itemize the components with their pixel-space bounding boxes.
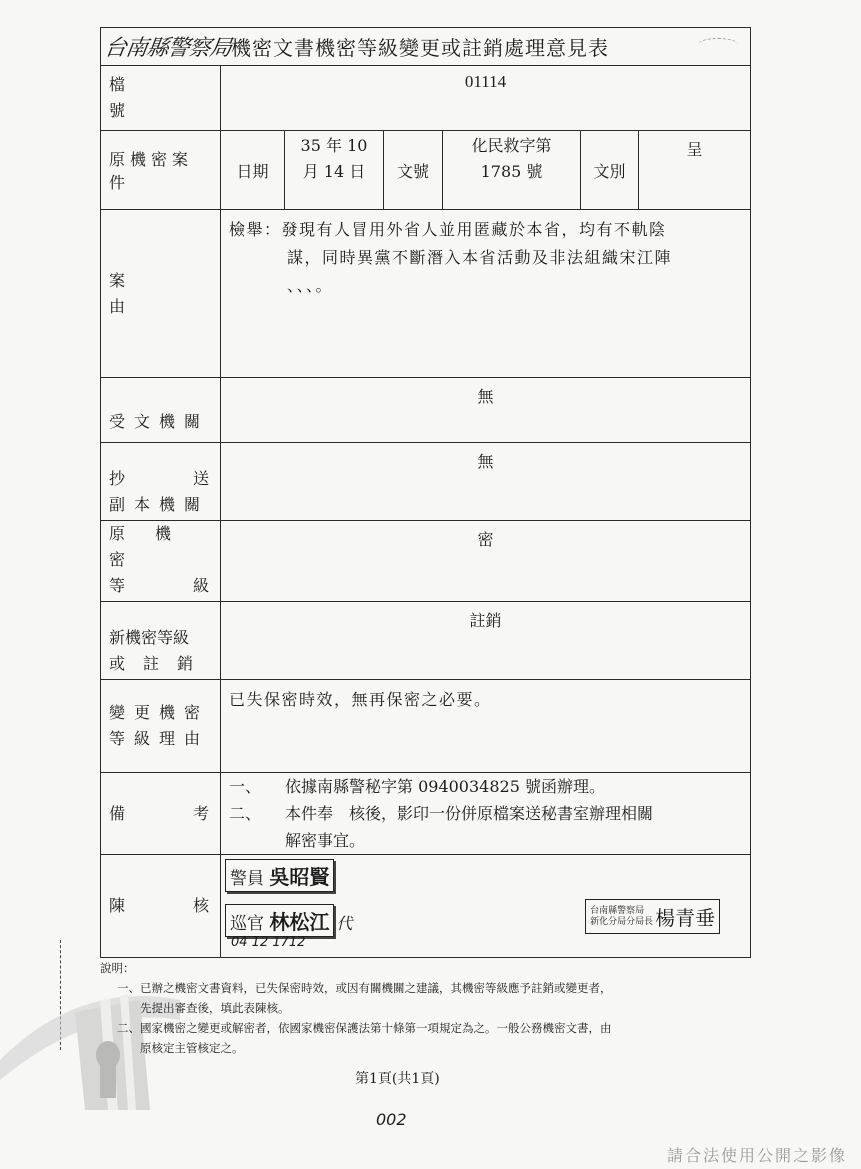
- original-case-label: 原機密案件: [101, 131, 221, 210]
- cc-value: 無: [221, 443, 751, 521]
- cc-label-b: 送: [193, 466, 212, 492]
- doc-number-line1: 化民救字第: [443, 133, 580, 159]
- proxy-note: 代: [336, 914, 352, 933]
- explanation-heading: 說明：: [100, 958, 760, 978]
- remark-item: 二、本件奉 核後，影印一份併原檔案送秘書室辦理相關: [229, 800, 742, 827]
- remarks-label-a: 備: [109, 801, 128, 827]
- date-value-line2: 月 14 日: [285, 159, 383, 185]
- doc-number-label: 文號: [384, 131, 443, 210]
- cc-label-line2: 副本機關: [109, 492, 212, 518]
- remark-item: 一、依據南縣警秘字第 0940034825 號函辦理。: [229, 773, 742, 800]
- cc-label-a: 抄: [109, 466, 128, 492]
- recipient-value: 無: [221, 378, 751, 443]
- document-page: 台南縣警察局機密文書機密等級變更或註銷處理意見表 檔號 01114 原機密案件 …: [0, 0, 861, 1169]
- pencil-mark: [698, 38, 738, 51]
- officer-stamp: 警員 吳昭賢: [225, 859, 334, 892]
- file-number-value: 01114: [221, 66, 751, 131]
- original-level-a: 等: [109, 573, 128, 599]
- cc-label: 抄送 副本機關: [101, 443, 221, 521]
- remarks-value: 一、依據南縣警秘字第 0940034825 號函辦理。 二、本件奉 核後，影印一…: [221, 773, 751, 855]
- file-number-label: 檔號: [109, 72, 213, 124]
- subject-line3: 、、、。: [229, 272, 742, 300]
- original-level-label: 原機密 等級: [101, 521, 221, 602]
- doc-number-line2: 1785 號: [443, 159, 580, 185]
- new-level-line2: 或註銷: [109, 651, 212, 677]
- doc-number-value: 化民救字第 1785 號: [443, 131, 581, 210]
- date-label: 日期: [221, 131, 285, 210]
- review-label-a: 陳: [109, 893, 128, 919]
- review-label: 陳核: [101, 855, 221, 958]
- review-label-b: 核: [193, 893, 212, 919]
- subject-line2: 謀，同時異黨不斷潛入本省活動及非法組織宋江陣: [229, 244, 742, 272]
- handwritten-date: 04 12 1712: [231, 935, 746, 950]
- explanation-item-cont: 先提出審查後，填此表陳核。: [100, 998, 760, 1018]
- subject-value: 檢舉：發現有人冒用外省人並用匿藏於本省，均有不軌陰 謀，同時異黨不斷潛入本省活動…: [221, 210, 751, 378]
- original-level-value: 密: [221, 521, 751, 602]
- remarks-label-b: 考: [193, 801, 212, 827]
- declassification-form: 台南縣警察局機密文書機密等級變更或註銷處理意見表 檔號 01114 原機密案件 …: [100, 27, 751, 958]
- original-level-b: 級: [193, 573, 212, 599]
- new-level-value: 註銷: [221, 602, 751, 680]
- file-number-label-cell: 檔號: [101, 66, 221, 131]
- new-level-line1: 新機密等級: [109, 625, 212, 651]
- explanation-item: 一、已辦之機密文書資料，已失保密時效，或因有關機關之建議，其機密等級應予註銷或變…: [100, 978, 760, 998]
- date-value: 35 年 10 月 14 日: [285, 131, 384, 210]
- change-reason-label: 變更機密 等級理由: [101, 680, 221, 773]
- explanation-item: 二、國家機密之變更或解密者，依國家機密保護法第十條第一項規定為之。一般公務機密文…: [100, 1018, 760, 1038]
- page-indicator: 第1頁(共1頁): [355, 1068, 440, 1088]
- doc-type-label: 文別: [581, 131, 639, 210]
- recipient-label: 受文機關: [101, 378, 221, 443]
- explanation-item-cont: 原核定主管核定之。: [100, 1038, 760, 1058]
- subject-label-text: 案由: [109, 268, 212, 320]
- date-value-line1: 35 年 10: [285, 133, 383, 159]
- form-title-row: 台南縣警察局機密文書機密等級變更或註銷處理意見表: [101, 28, 751, 66]
- handwritten-page-number: 002: [376, 1110, 407, 1129]
- change-reason-value: 已失保密時效，無再保密之必要。: [221, 680, 751, 773]
- remark-item-cont: 解密事宜。: [229, 827, 742, 854]
- subject-line1: 檢舉：發現有人冒用外省人並用匿藏於本省，均有不軌陰: [229, 216, 742, 244]
- inspector-stamp: 巡官 林松江: [225, 904, 334, 937]
- change-reason-line2: 等級理由: [109, 726, 212, 752]
- form-title: 機密文書機密等級變更或註銷處理意見表: [231, 36, 609, 60]
- subject-label: 案由: [101, 210, 221, 378]
- new-level-label: 新機密等級 或註銷: [101, 602, 221, 680]
- explanation-notes: 說明： 一、已辦之機密文書資料，已失保密時效，或因有關機關之建議，其機密等級應予…: [100, 958, 760, 1058]
- chief-stamp: 台南縣警察局新化分局分局長 楊青垂: [585, 899, 720, 934]
- review-signatures: 警員 吳昭賢 巡官 林松江代 04 12 1712 台南縣警察局新化分局分局長 …: [221, 855, 751, 958]
- change-reason-line1: 變更機密: [109, 700, 212, 726]
- original-level-line1: 原機密: [109, 521, 212, 573]
- handwritten-org-name: 台南縣警察局: [103, 31, 233, 62]
- remarks-label: 備考: [101, 773, 221, 855]
- doc-type-value: 呈: [639, 131, 751, 210]
- usage-watermark: 請合法使用公開之影像: [667, 1143, 847, 1166]
